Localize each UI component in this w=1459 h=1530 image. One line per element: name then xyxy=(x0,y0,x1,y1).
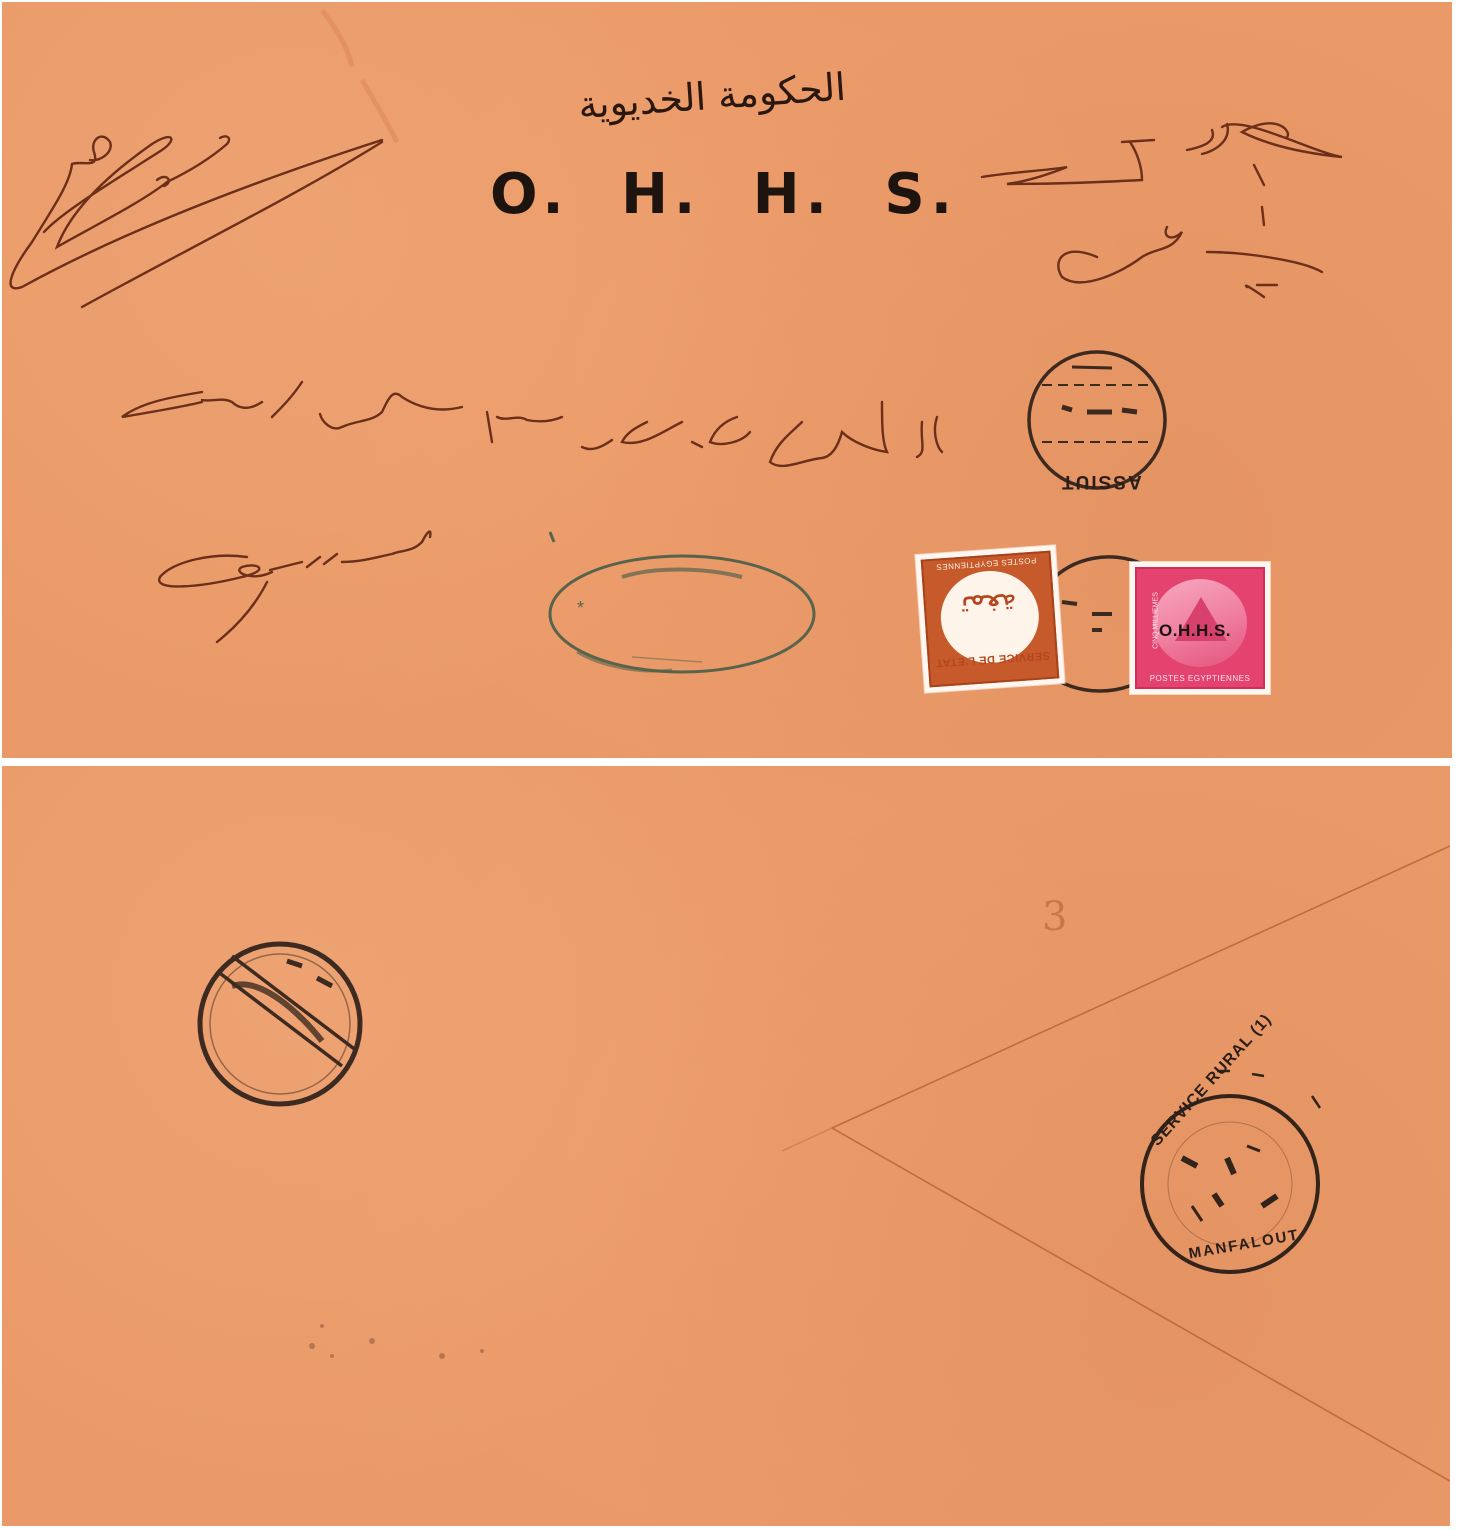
assiut-postmark xyxy=(1029,352,1165,488)
envelope-back: SERVICE RURAL (1) MANFALOUT 3 xyxy=(2,766,1450,1526)
signature-top-left xyxy=(11,136,382,307)
back-markings xyxy=(2,766,1450,1526)
left-circular-postmark xyxy=(200,944,360,1104)
svg-text:*: * xyxy=(577,598,584,618)
ink-smudges xyxy=(309,1324,484,1359)
address-handwriting xyxy=(122,382,942,466)
pyramid-stamp: CINQ MILLIEMES O.H.H.S. POSTES EGYPTIENN… xyxy=(1130,562,1270,694)
pyramid-stamp-bottom-legend: POSTES EGYPTIENNES xyxy=(1137,674,1263,683)
handwriting-top-right xyxy=(982,123,1342,297)
ohhs-heading: O. H. H. S. xyxy=(490,162,960,227)
envelope-front: * الحكومة الخديوية O. H. H. S. ASSIUT PO… xyxy=(2,2,1452,758)
flap-fold-lines xyxy=(782,846,1450,1481)
official-stamp: POSTES EGYPTIENNES تمغة SERVICE DE L'ETA… xyxy=(915,545,1064,692)
signature-lower-left xyxy=(159,532,430,642)
pencil-note: 3 xyxy=(1042,894,1067,940)
pyramid-stamp-overprint: O.H.H.S. xyxy=(1159,621,1231,641)
official-stamp-bottom-legend: POSTES EGYPTIENNES xyxy=(923,555,1049,573)
oval-cachet: * xyxy=(550,532,814,672)
assiut-postmark-label: ASSIUT xyxy=(1060,470,1142,492)
